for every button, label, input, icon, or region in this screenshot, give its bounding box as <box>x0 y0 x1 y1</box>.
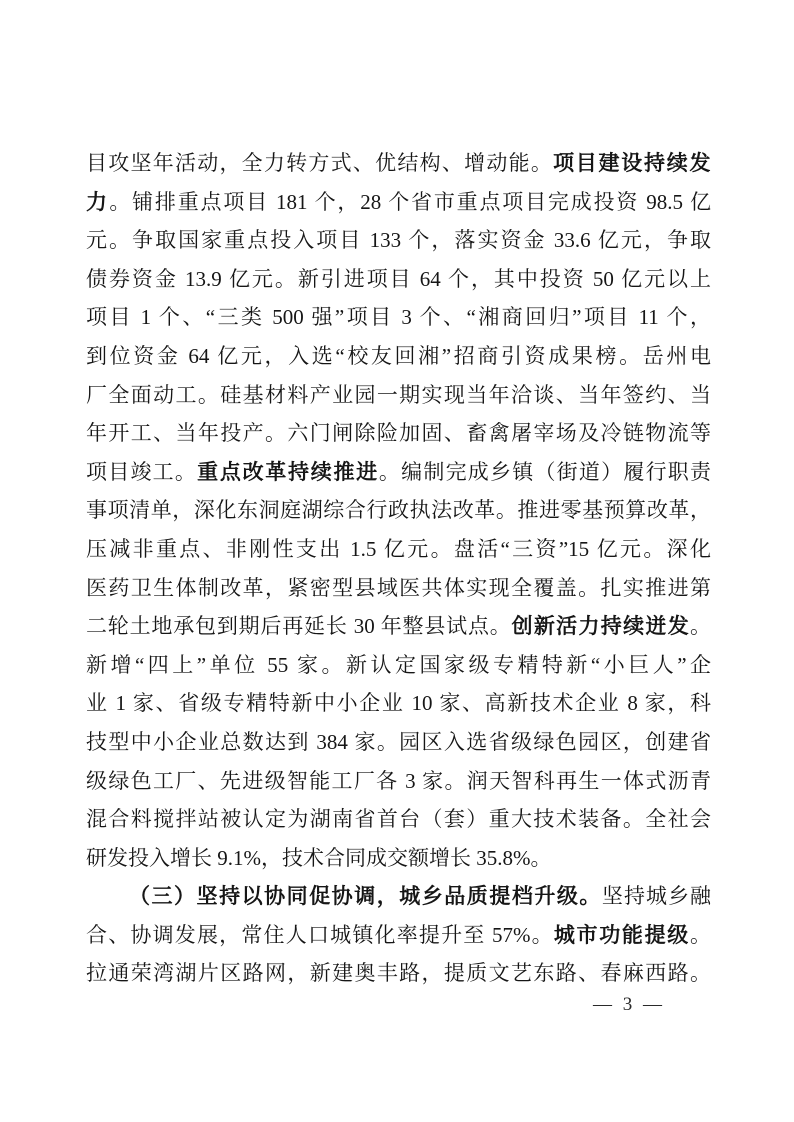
document-line: 新增“四上”单位 55 家。新认定国家级专精特新“小巨人”企 <box>86 646 711 685</box>
text-segment: 。 <box>690 923 711 947</box>
document-line: 年开工、当年投产。六门闸除险加固、畜禽屠宰场及冷链物流等 <box>86 414 711 453</box>
document-line: 二轮土地承包到期后再延长 30 年整县试点。创新活力持续迸发。 <box>86 607 711 646</box>
text-segment: 业 1 家、省级专精特新中小企业 10 家、高新技术企业 8 家，科 <box>86 691 711 715</box>
text-segment: 目攻坚年活动，全力转方式、优结构、增动能。 <box>86 151 553 175</box>
text-segment: 债券资金 13.9 亿元。新引进项目 64 个，其中投资 50 亿元以上 <box>86 267 711 291</box>
text-segment: 项目竣工。 <box>86 460 197 484</box>
text-segment: 坚持城乡融 <box>602 884 711 908</box>
text-segment: 项目 1 个、“三类 500 强”项目 3 个、“湘商回归”项目 11 个， <box>86 305 711 329</box>
document-line: 混合料搅拌站被认定为湖南省首台（套）重大技术装备。全社会 <box>86 800 711 839</box>
document-line: 拉通荣湾湖片区路网，新建奥丰路，提质文艺东路、春麻西路。 <box>86 954 711 993</box>
document-body: 目攻坚年活动，全力转方式、优结构、增动能。项目建设持续发力。铺排重点项目 181… <box>86 144 711 993</box>
document-line: 到位资金 64 亿元，入选“校友回湘”招商引资成果榜。岳州电 <box>86 337 711 376</box>
document-line: 技型中小企业总数达到 384 家。园区入选省级绿色园区，创建省 <box>86 723 711 762</box>
document-line: 合、协调发展，常住人口城镇化率提升至 57%。城市功能提级。 <box>86 916 711 955</box>
document-line: 医药卫生体制改革，紧密型县域医共体实现全覆盖。扎实推进第 <box>86 569 711 608</box>
text-segment: 研发投入增长 9.1%，技术合同成交额增长 35.8%。 <box>86 846 552 870</box>
bold-text-segment: （三）坚持以协同促协调，城乡品质提档升级。 <box>129 885 602 908</box>
document-line: 级绿色工厂、先进级智能工厂各 3 家。润天智科再生一体式沥青 <box>86 762 711 801</box>
bold-text-segment: 重点改革持续推进 <box>197 461 379 484</box>
document-line: 项目 1 个、“三类 500 强”项目 3 个、“湘商回归”项目 11 个， <box>86 298 711 337</box>
text-segment: 新增“四上”单位 55 家。新认定国家级专精特新“小巨人”企 <box>86 653 711 677</box>
page-number: — 3 — <box>593 994 665 1016</box>
document-line: 厂全面动工。硅基材料产业园一期实现当年洽谈、当年签约、当 <box>86 376 711 415</box>
bold-text-segment: 创新活力持续迸发 <box>512 615 690 638</box>
document-line: 事项清单，深化东洞庭湖综合行政执法改革。推进零基预算改革， <box>86 491 711 530</box>
text-segment: 技型中小企业总数达到 384 家。园区入选省级绿色园区，创建省 <box>86 730 711 754</box>
document-line: 目攻坚年活动，全力转方式、优结构、增动能。项目建设持续发 <box>86 144 711 183</box>
text-segment: 拉通荣湾湖片区路网，新建奥丰路，提质文艺东路、春麻西路。 <box>86 961 711 985</box>
document-line: 元。争取国家重点投入项目 133 个，落实资金 33.6 亿元，争取 <box>86 221 711 260</box>
document-line: （三）坚持以协同促协调，城乡品质提档升级。坚持城乡融 <box>86 877 711 916</box>
text-segment: 年开工、当年投产。六门闸除险加固、畜禽屠宰场及冷链物流等 <box>86 421 711 445</box>
document-page: 目攻坚年活动，全力转方式、优结构、增动能。项目建设持续发力。铺排重点项目 181… <box>0 0 794 1122</box>
text-segment: 。铺排重点项目 181 个，28 个省市重点项目完成投资 98.5 亿 <box>109 190 711 214</box>
text-segment: 混合料搅拌站被认定为湖南省首台（套）重大技术装备。全社会 <box>86 807 711 831</box>
text-segment: 合、协调发展，常住人口城镇化率提升至 57%。 <box>86 923 554 947</box>
bold-text-segment: 力 <box>86 191 109 214</box>
bold-text-segment: 城市功能提级 <box>554 924 690 947</box>
text-segment: 事项清单，深化东洞庭湖综合行政执法改革。推进零基预算改革， <box>86 498 711 522</box>
document-line: 项目竣工。重点改革持续推进。编制完成乡镇（街道）履行职责 <box>86 453 711 492</box>
document-line: 债券资金 13.9 亿元。新引进项目 64 个，其中投资 50 亿元以上 <box>86 260 711 299</box>
document-line: 研发投入增长 9.1%，技术合同成交额增长 35.8%。 <box>86 839 711 878</box>
text-segment: 级绿色工厂、先进级智能工厂各 3 家。润天智科再生一体式沥青 <box>86 769 711 793</box>
text-segment: 。编制完成乡镇（街道）履行职责 <box>379 460 711 484</box>
text-segment: 元。争取国家重点投入项目 133 个，落实资金 33.6 亿元，争取 <box>86 228 711 252</box>
bold-text-segment: 项目建设持续发 <box>553 152 711 175</box>
document-line: 压减非重点、非刚性支出 1.5 亿元。盘活“三资”15 亿元。深化 <box>86 530 711 569</box>
text-segment: 。 <box>690 614 711 638</box>
text-segment: 厂全面动工。硅基材料产业园一期实现当年洽谈、当年签约、当 <box>86 383 711 407</box>
text-segment: 二轮土地承包到期后再延长 30 年整县试点。 <box>86 614 512 638</box>
document-line: 力。铺排重点项目 181 个，28 个省市重点项目完成投资 98.5 亿 <box>86 183 711 222</box>
text-segment: 压减非重点、非刚性支出 1.5 亿元。盘活“三资”15 亿元。深化 <box>86 537 711 561</box>
document-line: 业 1 家、省级专精特新中小企业 10 家、高新技术企业 8 家，科 <box>86 684 711 723</box>
text-segment: 医药卫生体制改革，紧密型县域医共体实现全覆盖。扎实推进第 <box>86 576 711 600</box>
text-segment: 到位资金 64 亿元，入选“校友回湘”招商引资成果榜。岳州电 <box>86 344 711 368</box>
